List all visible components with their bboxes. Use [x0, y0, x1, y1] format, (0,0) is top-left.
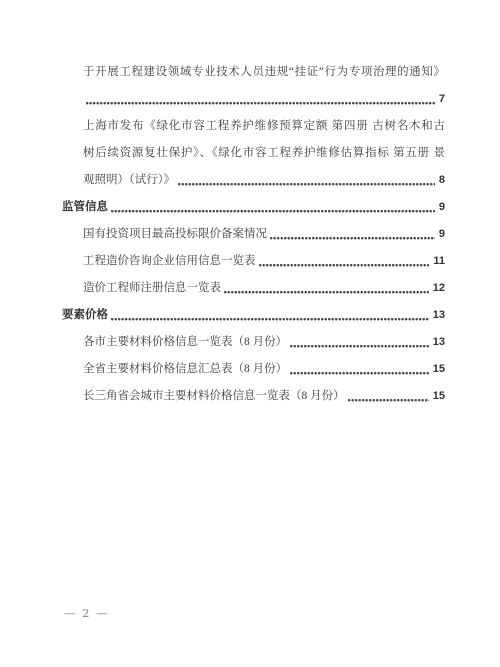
toc-entry: 观照明）（试行）》 8 [62, 167, 445, 194]
toc-dotted-leader [348, 383, 429, 410]
toc-dotted-leader [290, 356, 429, 383]
toc-entry-text: 树后续资源复壮保护》、《绿化市容工程养护维修估算指标 第五册 景 [83, 140, 445, 167]
toc-entry-text: 全省主要材料价格信息汇总表（8 月份） [83, 356, 287, 383]
toc-entry: 各市主要材料价格信息一览表（8 月份） 13 [62, 329, 445, 356]
toc-page-number: 13 [433, 302, 445, 329]
toc-entry: 工程造价咨询企业信用信息一览表 11 [62, 248, 445, 275]
toc-entry-text: 各市主要材料价格信息一览表（8 月份） [83, 329, 287, 356]
toc-dotted-leader [178, 167, 435, 194]
toc-entry-text: 国有投资项目最高投标限价备案情况 [83, 221, 267, 248]
document-page: 于开展工程建设领域专业技术人员违规“挂证”行为专项治理的通知》 7 上海市发布《… [0, 0, 500, 667]
toc-entry-text: 监管信息 [62, 194, 108, 221]
toc-dotted-leader [290, 329, 429, 356]
page-number-footer: — 2 — [64, 606, 109, 620]
toc-entry-text: 工程造价咨询企业信用信息一览表 [83, 248, 256, 275]
toc-page-number: 7 [439, 86, 445, 113]
toc-entry: 要素价格 13 [62, 302, 445, 329]
toc-entry: 7 [62, 86, 445, 113]
toc-entry: 上海市发布《绿化市容工程养护维修预算定额 第四册 古树名木和古 [62, 113, 445, 140]
toc-entry-text: 长三角省会城市主要材料价格信息一览表（8 月份） [83, 383, 345, 410]
toc-entry-text: 要素价格 [62, 302, 108, 329]
toc-entry: 长三角省会城市主要材料价格信息一览表（8 月份） 15 [62, 383, 445, 410]
toc-page-number: 9 [439, 194, 445, 221]
toc-dotted-leader [224, 275, 429, 302]
toc-page-number: 8 [439, 167, 445, 194]
toc-entry: 树后续资源复壮保护》、《绿化市容工程养护维修估算指标 第五册 景 [62, 140, 445, 167]
toc-entry-text: 于开展工程建设领域专业技术人员违规“挂证”行为专项治理的通知》 [83, 59, 445, 86]
toc-dotted-leader [111, 302, 429, 329]
toc-entry: 于开展工程建设领域专业技术人员违规“挂证”行为专项治理的通知》 [62, 59, 445, 86]
toc-page-number: 11 [433, 248, 445, 275]
toc-entry-text: 造价工程师注册信息一览表 [83, 275, 221, 302]
toc-dotted-leader [86, 86, 435, 113]
toc-page-number: 15 [433, 383, 445, 410]
toc-page-number: 9 [439, 221, 445, 248]
toc-entry: 造价工程师注册信息一览表 12 [62, 275, 445, 302]
toc-entry: 全省主要材料价格信息汇总表（8 月份） 15 [62, 356, 445, 383]
toc-page-number: 15 [433, 356, 445, 383]
toc-dotted-leader [270, 221, 435, 248]
toc-dotted-leader [259, 248, 430, 275]
toc-entry-text: 上海市发布《绿化市容工程养护维修预算定额 第四册 古树名木和古 [83, 113, 445, 140]
toc-page-number: 13 [433, 329, 445, 356]
toc-dotted-leader [111, 194, 435, 221]
toc-entry: 监管信息 9 [62, 194, 445, 221]
table-of-contents: 于开展工程建设领域专业技术人员违规“挂证”行为专项治理的通知》 7 上海市发布《… [62, 59, 445, 410]
toc-entry: 国有投资项目最高投标限价备案情况 9 [62, 221, 445, 248]
toc-page-number: 12 [433, 275, 445, 302]
toc-entry-text: 观照明）（试行）》 [83, 167, 175, 194]
